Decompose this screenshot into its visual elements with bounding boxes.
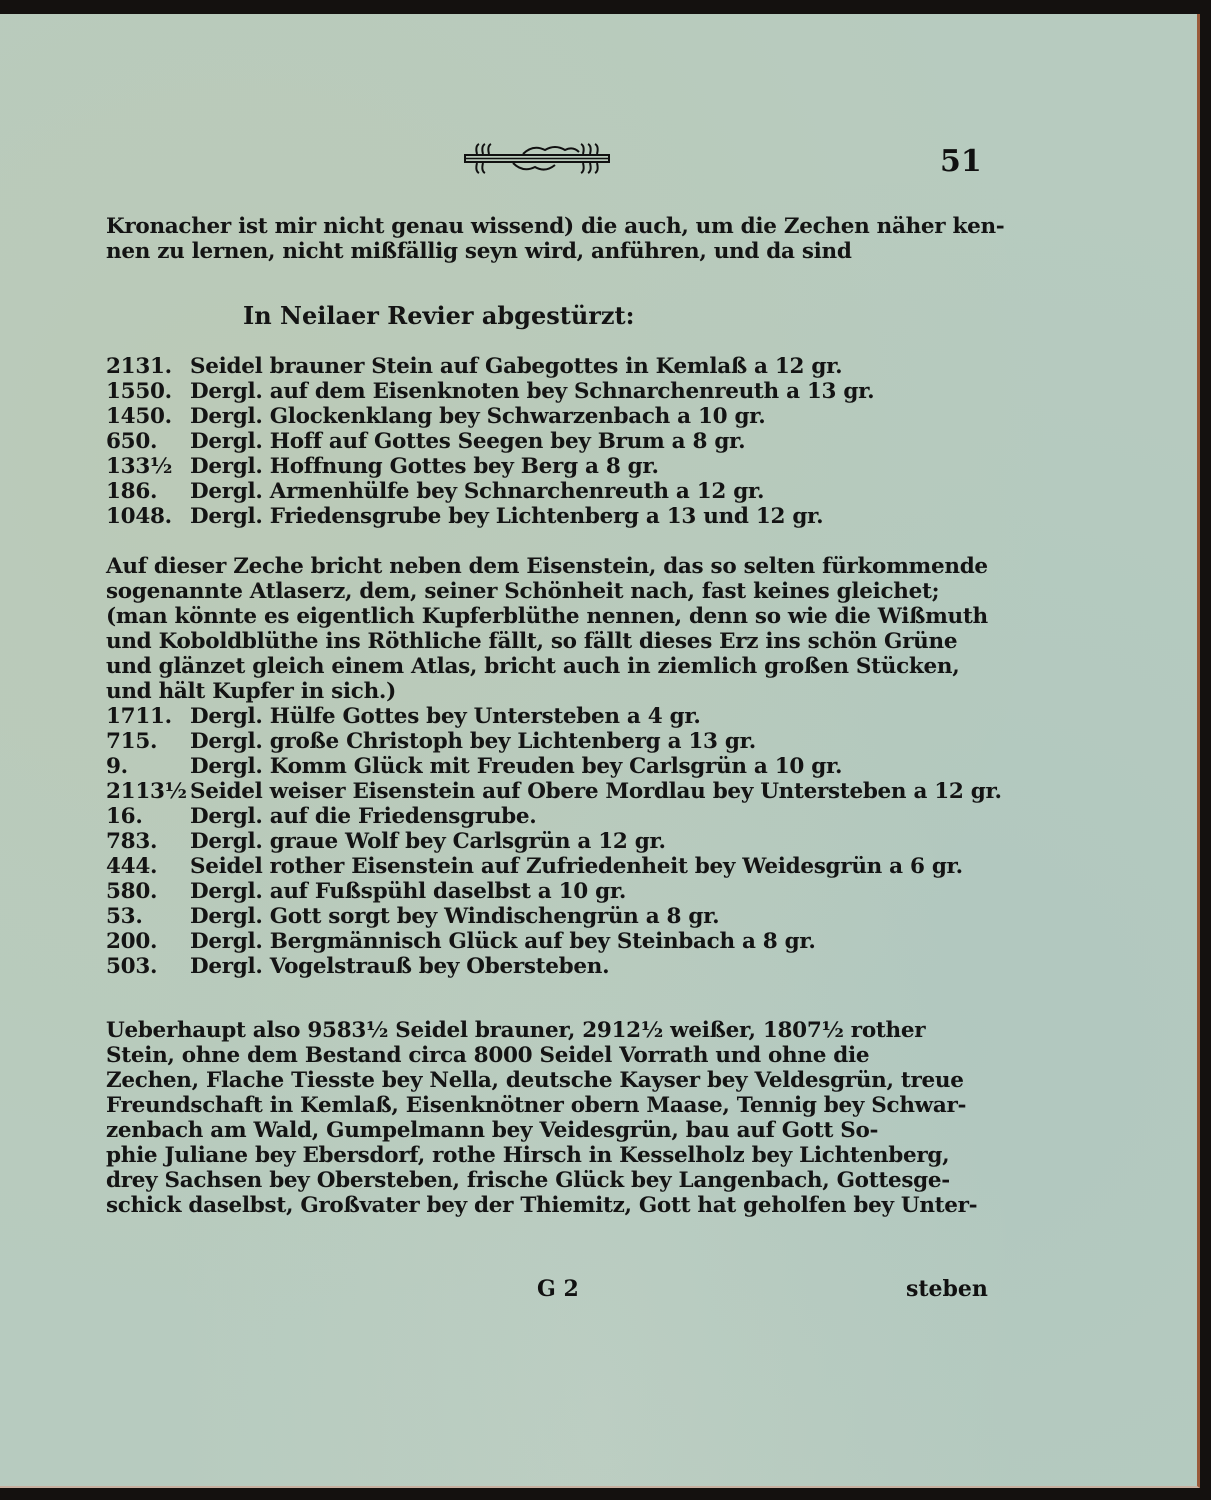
text-line: schick daselbst, Großvater bey der Thiem…: [106, 1193, 968, 1218]
ore-entry-list-continued: 1711.Dergl. Hülfe Gottes bey Untersteben…: [106, 704, 968, 979]
entry-quantity: 133½: [106, 454, 190, 479]
entry-quantity: 580.: [106, 879, 190, 904]
text-line: Stein, ohne dem Bestand circa 8000 Seide…: [106, 1043, 968, 1068]
entry-quantity: 1048.: [106, 504, 190, 529]
entry-description: Seidel brauner Stein auf Gabegottes in K…: [190, 354, 842, 379]
page-number: 51: [940, 144, 982, 179]
list-item: 2113½Seidel weiser Eisenstein auf Obere …: [106, 779, 968, 804]
text-line: nen zu lernen, nicht mißfällig seyn wird…: [106, 239, 968, 264]
list-item: 444.Seidel rother Eisenstein auf Zufried…: [106, 854, 968, 879]
entry-description: Dergl. Bergmännisch Glück auf bey Steinb…: [190, 929, 816, 954]
entry-quantity: 200.: [106, 929, 190, 954]
list-item: 16.Dergl. auf die Friedensgrube.: [106, 804, 968, 829]
list-item: 783.Dergl. graue Wolf bey Carlsgrün a 12…: [106, 829, 968, 854]
section-heading: In Neilaer Revier abgestürzt:: [243, 301, 635, 330]
entry-quantity: 715.: [106, 729, 190, 754]
entry-description: Dergl. Armenhülfe bey Schnarchenreuth a …: [190, 479, 764, 504]
book-page: 51 Kronacher ist mir nicht genau wissend…: [0, 14, 1200, 1488]
text-line: Kronacher ist mir nicht genau wissend) d…: [106, 214, 968, 239]
entry-quantity: 2113½: [106, 779, 190, 804]
entry-quantity: 53.: [106, 904, 190, 929]
entry-description: Dergl. auf dem Eisenknoten bey Schnarche…: [190, 379, 874, 404]
entry-description: Dergl. Gott sorgt bey Windischengrün a 8…: [190, 904, 719, 929]
text-line: Auf dieser Zeche bricht neben dem Eisens…: [106, 554, 968, 579]
atlaserz-note-paragraph: Auf dieser Zeche bricht neben dem Eisens…: [106, 554, 968, 704]
list-item: 503.Dergl. Vogelstrauß bey Obersteben.: [106, 954, 968, 979]
intro-paragraph: Kronacher ist mir nicht genau wissend) d…: [106, 214, 968, 264]
text-line: sogenannte Atlaserz, dem, seiner Schönhe…: [106, 579, 968, 604]
entry-quantity: 9.: [106, 754, 190, 779]
list-item: 53.Dergl. Gott sorgt bey Windischengrün …: [106, 904, 968, 929]
list-item: 2131.Seidel brauner Stein auf Gabegottes…: [106, 354, 968, 379]
text-line: und hält Kupfer in sich.): [106, 679, 968, 704]
entry-description: Seidel weiser Eisenstein auf Obere Mordl…: [190, 779, 1002, 804]
entry-description: Dergl. Friedensgrube bey Lichtenberg a 1…: [190, 504, 823, 529]
catchword: steben: [906, 1276, 988, 1302]
entry-description: Dergl. graue Wolf bey Carlsgrün a 12 gr.: [190, 829, 666, 854]
ore-entry-list: 2131.Seidel brauner Stein auf Gabegottes…: [106, 354, 968, 529]
text-line: drey Sachsen bey Obersteben, frische Glü…: [106, 1168, 968, 1193]
list-item: 1048.Dergl. Friedensgrube bey Lichtenber…: [106, 504, 968, 529]
entry-quantity: 16.: [106, 804, 190, 829]
list-item: 580.Dergl. auf Fußspühl daselbst a 10 gr…: [106, 879, 968, 904]
entry-quantity: 444.: [106, 854, 190, 879]
text-line: phie Juliane bey Ebersdorf, rothe Hirsch…: [106, 1143, 968, 1168]
entry-quantity: 2131.: [106, 354, 190, 379]
list-item: 1711.Dergl. Hülfe Gottes bey Untersteben…: [106, 704, 968, 729]
entry-description: Seidel rother Eisenstein auf Zufriedenhe…: [190, 854, 963, 879]
text-line: Ueberhaupt also 9583½ Seidel brauner, 29…: [106, 1018, 968, 1043]
entry-quantity: 650.: [106, 429, 190, 454]
entry-description: Dergl. Komm Glück mit Freuden bey Carlsg…: [190, 754, 842, 779]
text-line: und Koboldblüthe ins Röthliche fällt, so…: [106, 629, 968, 654]
text-line: und glänzet gleich einem Atlas, bricht a…: [106, 654, 968, 679]
entry-description: Dergl. Vogelstrauß bey Obersteben.: [190, 954, 609, 979]
entry-description: Dergl. Hoffnung Gottes bey Berg a 8 gr.: [190, 454, 659, 479]
entry-description: Dergl. Hoff auf Gottes Seegen bey Brum a…: [190, 429, 745, 454]
entry-description: Dergl. große Christoph bey Lichtenberg a…: [190, 729, 756, 754]
text-line: Zechen, Flache Tiesste bey Nella, deutsc…: [106, 1068, 968, 1093]
headpiece-ornament-icon: [463, 142, 611, 176]
entry-description: Dergl. Glockenklang bey Schwarzenbach a …: [190, 404, 765, 429]
signature-mark: G 2: [537, 1276, 579, 1302]
list-item: 715.Dergl. große Christoph bey Lichtenbe…: [106, 729, 968, 754]
entry-quantity: 1550.: [106, 379, 190, 404]
list-item: 200.Dergl. Bergmännisch Glück auf bey St…: [106, 929, 968, 954]
entry-quantity: 1450.: [106, 404, 190, 429]
text-line: (man könnte es eigentlich Kupferblüthe n…: [106, 604, 968, 629]
entry-description: Dergl. auf die Friedensgrube.: [190, 804, 536, 829]
list-item: 186.Dergl. Armenhülfe bey Schnarchenreut…: [106, 479, 968, 504]
list-item: 133½Dergl. Hoffnung Gottes bey Berg a 8 …: [106, 454, 968, 479]
entry-quantity: 1711.: [106, 704, 190, 729]
entry-description: Dergl. auf Fußspühl daselbst a 10 gr.: [190, 879, 626, 904]
text-line: Freundschaft in Kemlaß, Eisenknötner obe…: [106, 1093, 968, 1118]
list-item: 1450.Dergl. Glockenklang bey Schwarzenba…: [106, 404, 968, 429]
summary-paragraph: Ueberhaupt also 9583½ Seidel brauner, 29…: [106, 1018, 968, 1218]
list-item: 9.Dergl. Komm Glück mit Freuden bey Carl…: [106, 754, 968, 779]
entry-quantity: 186.: [106, 479, 190, 504]
list-item: 650.Dergl. Hoff auf Gottes Seegen bey Br…: [106, 429, 968, 454]
list-item: 1550.Dergl. auf dem Eisenknoten bey Schn…: [106, 379, 968, 404]
text-line: zenbach am Wald, Gumpelmann bey Veidesgr…: [106, 1118, 968, 1143]
entry-description: Dergl. Hülfe Gottes bey Untersteben a 4 …: [190, 704, 701, 729]
entry-quantity: 783.: [106, 829, 190, 854]
entry-quantity: 503.: [106, 954, 190, 979]
